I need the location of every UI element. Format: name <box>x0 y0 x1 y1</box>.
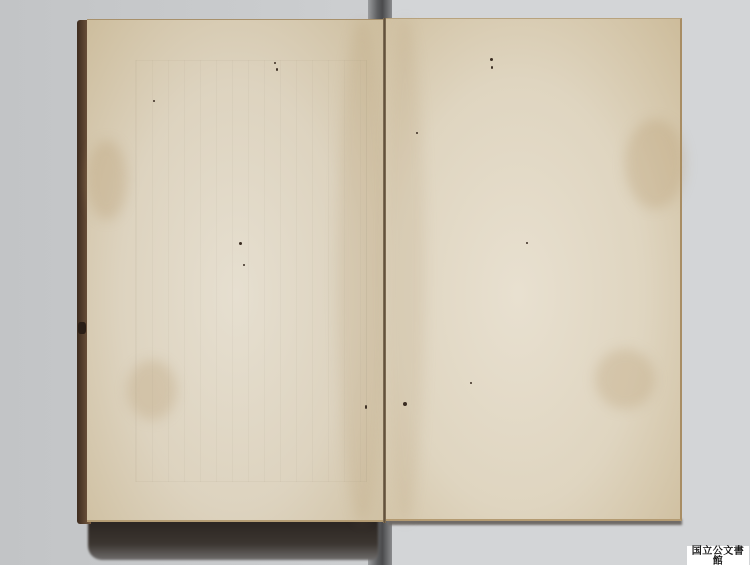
stain <box>87 140 127 220</box>
ink-speck <box>239 242 242 245</box>
ink-speck <box>276 68 278 71</box>
ink-speck <box>526 242 528 244</box>
ink-speck <box>490 58 493 61</box>
stain <box>595 349 655 409</box>
ink-speck <box>403 402 407 406</box>
book-gutter <box>383 18 386 523</box>
stain <box>385 19 425 522</box>
watermark-title: 国立公文書館 <box>687 547 749 565</box>
ink-speck <box>491 66 493 69</box>
stain <box>625 119 685 209</box>
book-cover-shadow <box>88 520 378 560</box>
archive-watermark: 国立公文書館 National Archives of Japan <box>687 546 749 565</box>
ink-speck <box>243 264 245 266</box>
ink-speck <box>416 132 418 134</box>
ink-speck <box>274 62 276 64</box>
cover-damage <box>78 322 86 334</box>
faint-ruled-grid <box>135 60 367 482</box>
ink-speck <box>365 405 367 409</box>
ink-speck <box>470 382 472 384</box>
ink-speck <box>153 100 155 102</box>
right-page <box>385 18 682 521</box>
